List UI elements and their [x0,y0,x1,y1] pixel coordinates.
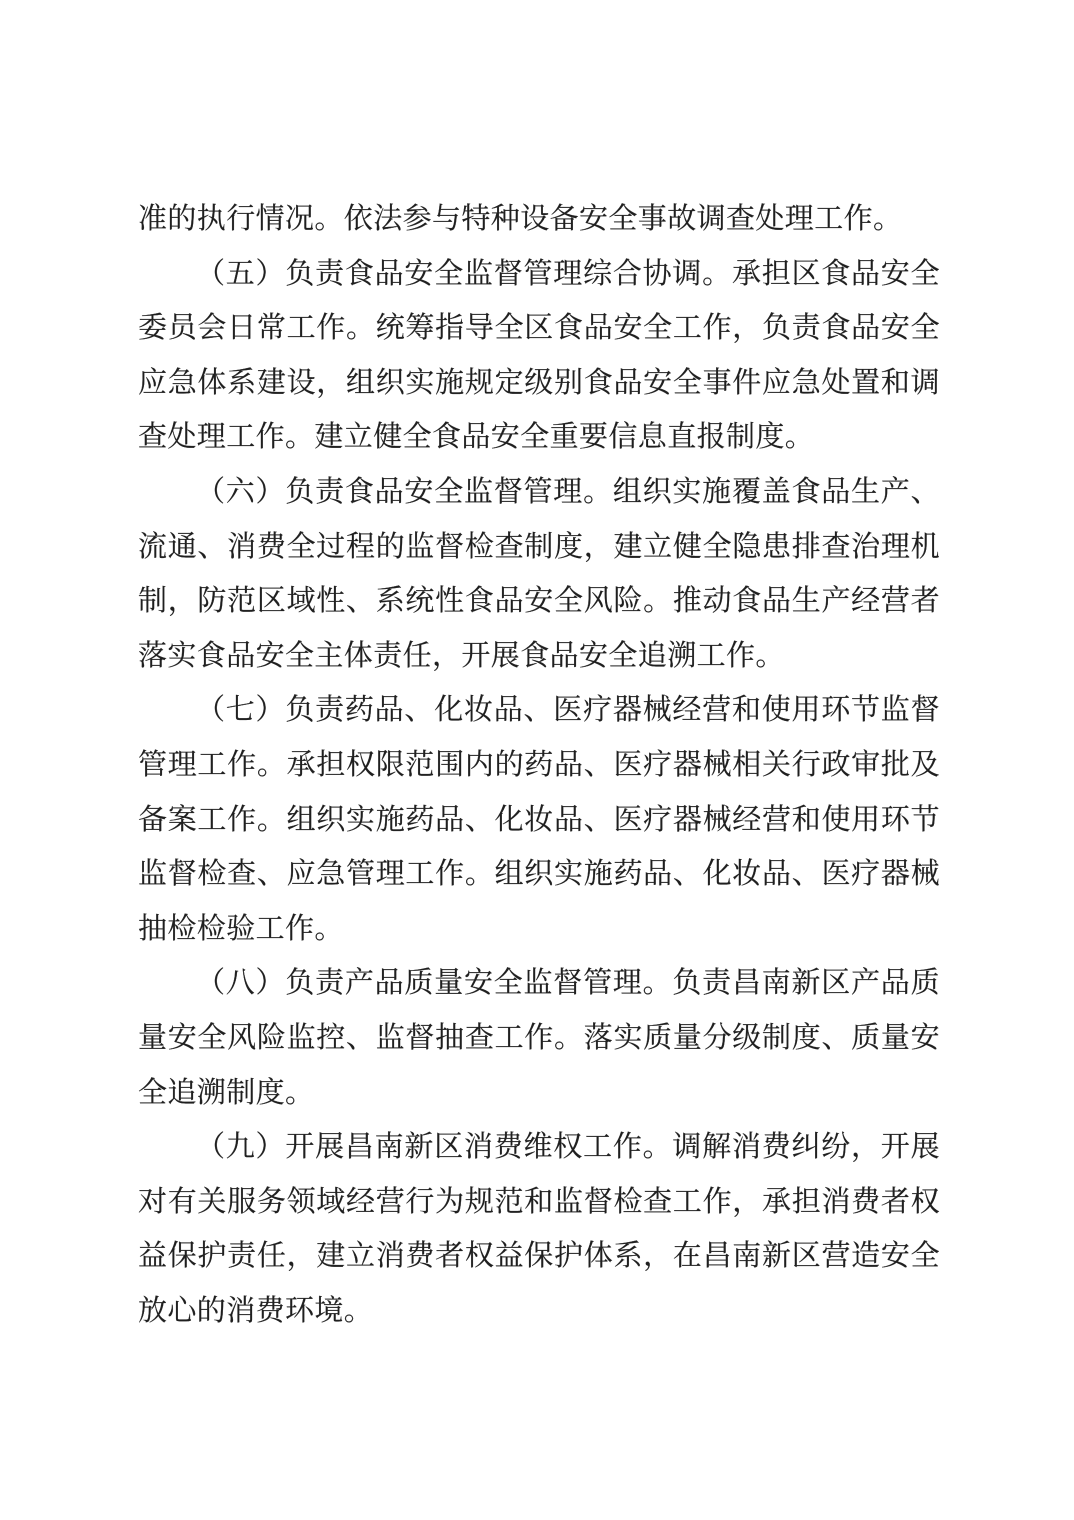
paragraph-item-5: （五）负责食品安全监督管理综合协调。承担区食品安全委员会日常工作。统筹指导全区食… [138,247,940,465]
paragraph-item-9: （九）开展昌南新区消费维权工作。调解消费纠纷，开展对有关服务领域经营行为规范和监… [138,1120,940,1338]
paragraph-continuation: 准的执行情况。依法参与特种设备安全事故调查处理工作。 [138,192,940,247]
paragraph-item-7: （七）负责药品、化妆品、医疗器械经营和使用环节监督管理工作。承担权限范围内的药品… [138,683,940,956]
document-page: 准的执行情况。依法参与特种设备安全事故调查处理工作。 （五）负责食品安全监督管理… [0,0,1074,1520]
paragraph-item-6: （六）负责食品安全监督管理。组织实施覆盖食品生产、流通、消费全过程的监督检查制度… [138,465,940,683]
document-body: 准的执行情况。依法参与特种设备安全事故调查处理工作。 （五）负责食品安全监督管理… [138,192,940,1338]
paragraph-item-8: （八）负责产品质量安全监督管理。负责昌南新区产品质量安全风险监控、监督抽查工作。… [138,956,940,1120]
